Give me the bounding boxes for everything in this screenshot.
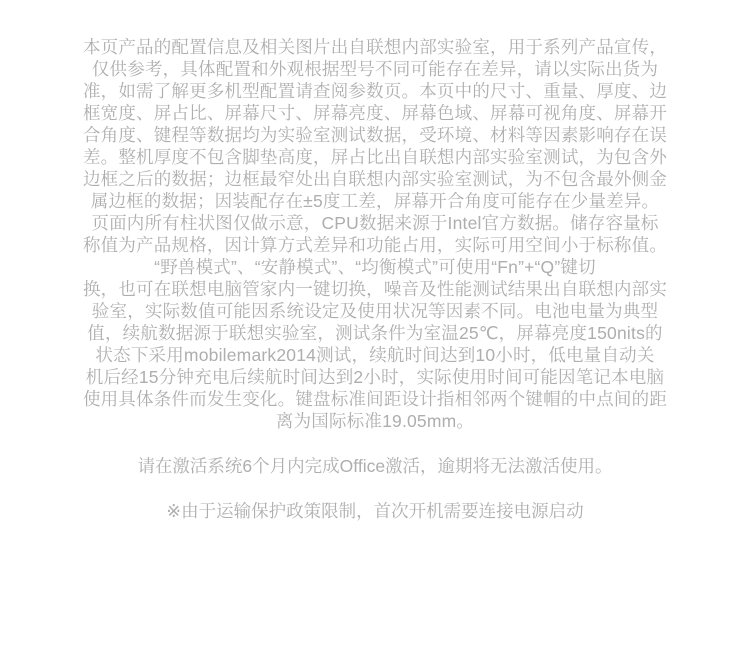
transport-protection-notice: ※由于运输保护政策限制，首次开机需要连接电源启动 [35,500,715,522]
disclaimer-paragraph: 本页产品的配置信息及相关图片出自联想内部实验室，用于系列产品宣传， 仅供参考，具… [35,36,715,432]
office-activation-notice: 请在激活系统6个月内完成Office激活，逾期将无法激活使用。 [35,455,715,477]
product-disclaimer-section: 本页产品的配置信息及相关图片出自联想内部实验室，用于系列产品宣传， 仅供参考，具… [35,0,715,522]
